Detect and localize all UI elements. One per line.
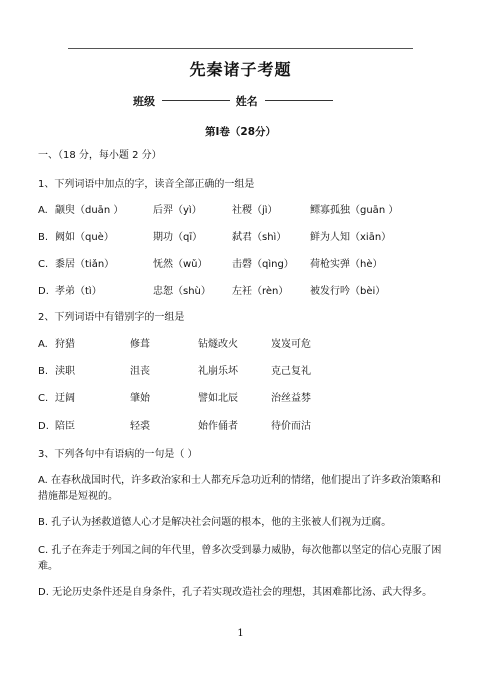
q3-option-d: D. 无论历史条件还是自身条件，孔子若实现改造社会的理想，其困难都比汤、武大得多… [38, 585, 443, 601]
q1-option-a-item: 颛臾（duān ） [55, 204, 123, 218]
q2-option-d-item: 轻裘 [130, 420, 150, 434]
q2-option-d-item: 始作俑者 [198, 420, 238, 434]
part-one-heading: 一、（18 分，每小题 2 分） [38, 149, 162, 163]
q3-option-d-letter: D. [38, 587, 49, 598]
q1-option-b-item: 阙如（què） [55, 231, 114, 245]
q1-option-b-item: 鲜为人知（xiān） [310, 231, 391, 245]
name-label: 姓名 [236, 95, 258, 108]
q1-option-a-item: 鳏寡孤独（guān ） [310, 204, 398, 218]
q1-option-c-item: 怃然（wǔ） [153, 258, 208, 272]
page-title: 先秦诸子考题 [0, 57, 481, 80]
q2-option-c-item: 迂阔 [55, 392, 75, 406]
q1-option-c-letter: C. [38, 258, 48, 272]
q1-option-a-item: 后羿（yì） [153, 204, 202, 218]
student-info-line: 班级 姓名 [133, 93, 335, 109]
q1-stem: 1、下列词语中加点的字，读音全部正确的一组是 [38, 178, 254, 192]
q2-option-b-item: 沮丧 [130, 365, 150, 379]
q2-option-c-item: 肇始 [130, 392, 150, 406]
q1-option-a-letter: A. [38, 204, 48, 218]
q2-option-b-item: 渎职 [55, 365, 75, 379]
q1-option-d-item: 孝弟（tì） [55, 285, 102, 299]
name-blank [265, 100, 333, 101]
q3-option-d-text: 无论历史条件还是自身条件，孔子若实现改造社会的理想，其困难都比汤、武大得多。 [52, 587, 432, 598]
q1-option-c-item: 荷枪实弹（hè） [310, 258, 383, 272]
q2-option-a-letter: A. [38, 338, 48, 352]
q1-option-a-item: 社稷（jì） [232, 204, 278, 218]
header-rule [68, 48, 413, 49]
class-blank [162, 100, 230, 101]
q1-option-b-item: 期功（qī） [153, 231, 202, 245]
q2-option-a-item: 钻燧改火 [198, 338, 238, 352]
q1-option-d-item: 被发行吟（bèi） [310, 285, 385, 299]
q2-option-c-letter: C. [38, 392, 48, 406]
q1-option-c-item: 黍居（tiǎn） [55, 258, 114, 272]
q2-option-a-item: 修葺 [130, 338, 150, 352]
q3-option-b-text: 孔子认为拯救道德人心才是解决社会问题的根本，他的主张被人们视为迂腐。 [51, 517, 391, 528]
q2-option-c-item: 治丝益棼 [271, 392, 311, 406]
q3-stem: 3、下列各句中有语病的一句是（ ） [38, 448, 198, 462]
q1-option-c-item: 击磬（qìng） [232, 258, 294, 272]
q3-option-c: C. 孔子在奔走于列国之间的年代里，曾多次受到暴力威胁，每次他都以坚定的信心克服… [38, 543, 443, 575]
q2-option-a-item: 岌岌可危 [271, 338, 311, 352]
q2-option-a-item: 狩猎 [55, 338, 75, 352]
q3-option-c-text: 孔子在奔走于列国之间的年代里，曾多次受到暴力威胁，每次他都以坚定的信心克服了困难… [38, 545, 441, 572]
q2-option-c-item: 譬如北辰 [198, 392, 238, 406]
section-heading: 第Ⅰ卷（28分） [0, 124, 481, 139]
q2-option-d-item: 陪臣 [55, 420, 75, 434]
q2-option-b-item: 克己复礼 [271, 365, 311, 379]
q2-option-d-item: 待价而沽 [271, 420, 311, 434]
q3-option-a-letter: A. [38, 475, 48, 486]
q1-option-b-letter: B. [38, 231, 48, 245]
q2-option-b-item: 礼崩乐坏 [198, 365, 238, 379]
q3-option-a-text: 在春秋战国时代，许多政治家和士人都充斥急功近利的情绪，他们提出了许多政治策略和措… [38, 475, 441, 502]
page-number: 1 [0, 628, 481, 639]
q2-option-d-letter: D. [38, 420, 49, 434]
q1-option-d-item: 左衽（rèn） [232, 285, 288, 299]
q3-option-c-letter: C. [38, 545, 48, 556]
q2-stem: 2、下列词语中有错别字的一组是 [38, 311, 184, 325]
q3-option-b-letter: B. [38, 517, 48, 528]
q3-option-a: A. 在春秋战国时代，许多政治家和士人都充斥急功近利的情绪，他们提出了许多政治策… [38, 473, 443, 505]
q1-option-b-item: 弑君（shì） [232, 231, 286, 245]
q3-option-b: B. 孔子认为拯救道德人心才是解决社会问题的根本，他的主张被人们视为迂腐。 [38, 515, 443, 531]
q2-option-b-letter: B. [38, 365, 48, 379]
q1-option-d-letter: D. [38, 285, 49, 299]
q1-option-d-item: 忠恕（shù） [153, 285, 211, 299]
class-label: 班级 [133, 95, 155, 108]
